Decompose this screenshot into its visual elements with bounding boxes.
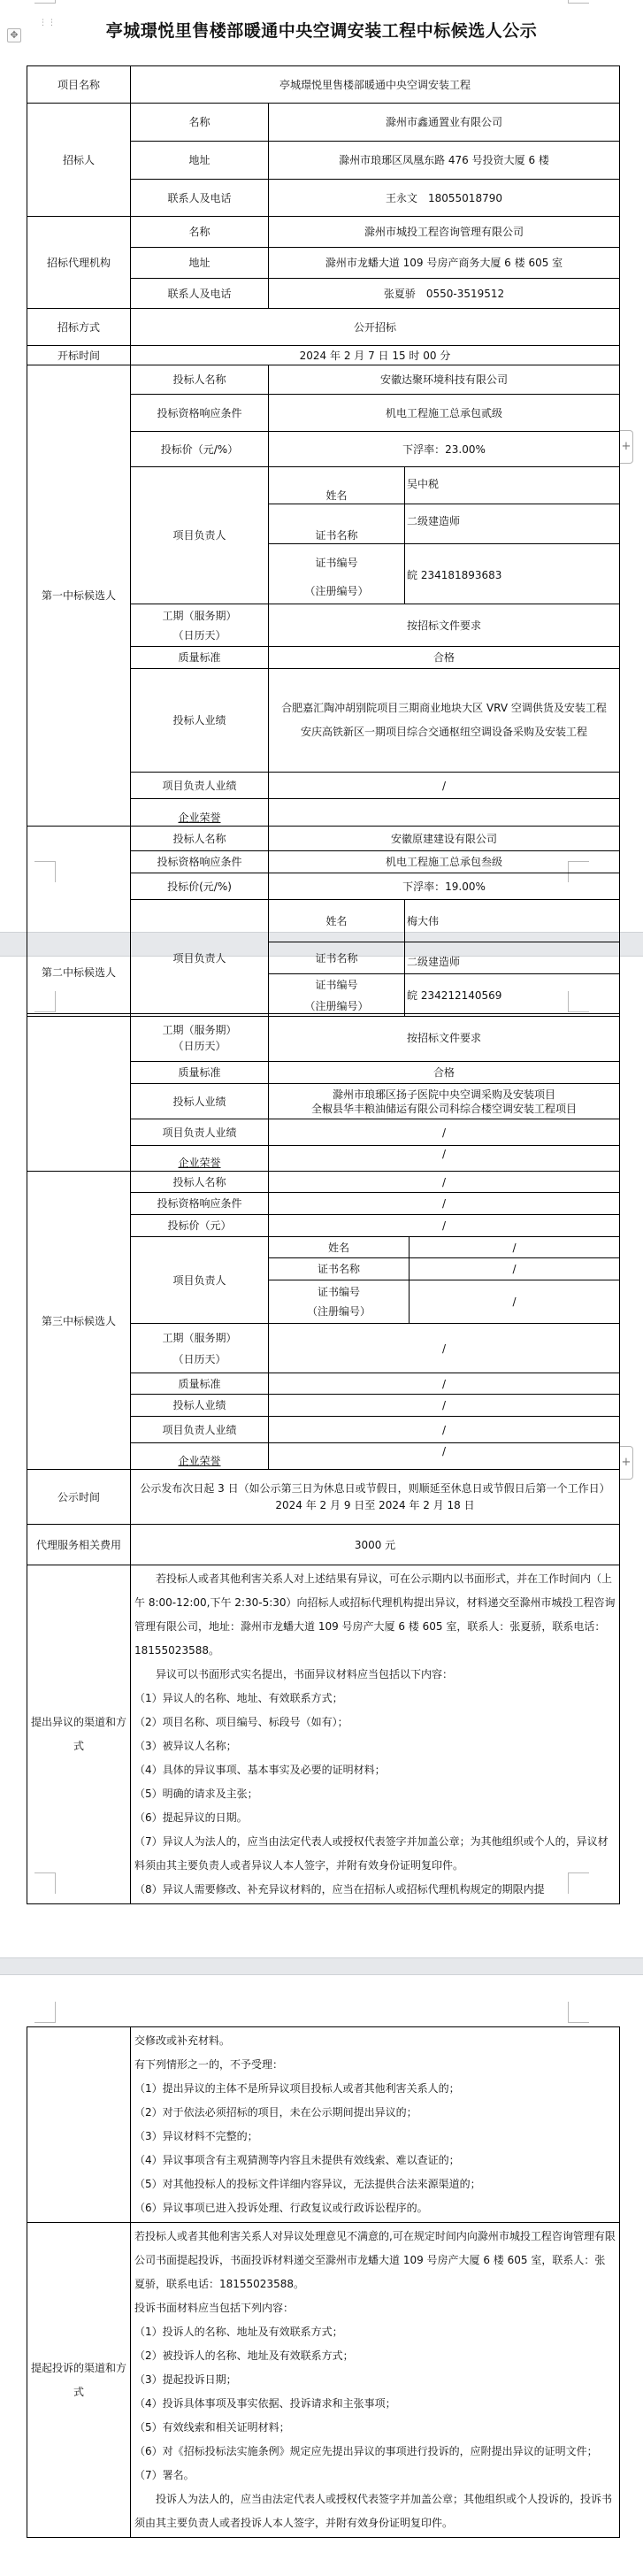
performance-item: 合肥嘉汇陶冲胡别院项目三期商业地块大区 VRV 空调供货及安装工程 bbox=[271, 696, 617, 720]
candidate-1-quality: 合格 bbox=[269, 647, 620, 669]
publicity-period-rule: 公示发布次日起 3 日（如公示第三日为休息日或节假日，则顺延至休息日或节假日后第… bbox=[133, 1480, 617, 1497]
candidate-3-quality: / bbox=[269, 1373, 620, 1395]
period-label-line2: （日历天） bbox=[133, 1346, 266, 1367]
agency-label: 招标代理机构 bbox=[27, 217, 131, 309]
person-name-label: 姓名 bbox=[269, 900, 405, 942]
candidate-2-performance: 滁州市琅琊区扬子医院中央空调采购及安装项目 全椒县华丰粮油储运有限公司科综合楼空… bbox=[269, 1084, 620, 1119]
cert-name-label: 证书名称 bbox=[269, 1258, 410, 1280]
publicity-label: 公示时间 bbox=[27, 1470, 131, 1525]
complaint-item: （2）被投诉人的名称、地址及有效联系方式； bbox=[134, 2344, 616, 2368]
period-label-line1: 工期（服务期） bbox=[133, 1330, 266, 1346]
agency-contact: 张夏骄 0550-3519512 bbox=[269, 279, 620, 309]
period-label-line1: 工期（服务期） bbox=[133, 1022, 266, 1038]
honor-label-text: 企业荣誉 bbox=[178, 1157, 220, 1169]
candidate-3-qualification: / bbox=[269, 1193, 620, 1215]
manager-performance-label: 项目负责人业绩 bbox=[131, 773, 269, 799]
complaint-item: （6）对《招标投标法实施条例》规定应先提出异议的事项进行投诉的，应附提出异议的证… bbox=[134, 2440, 616, 2464]
manager-label: 项目负责人 bbox=[131, 900, 269, 1017]
tenderer-contact: 王永文 18055018790 bbox=[269, 180, 620, 217]
cert-no-label-line1: 证书编号 bbox=[271, 977, 402, 993]
candidate-1-cert-name: 二级建造师 bbox=[405, 504, 620, 544]
period-label-line2: （日历天） bbox=[133, 1038, 266, 1054]
cert-no-label-line2: （注册编号） bbox=[271, 571, 402, 599]
tenderer-name-label: 名称 bbox=[131, 104, 269, 142]
cert-no-label: 证书编号（注册编号） bbox=[269, 974, 405, 1017]
candidate-2-bidder-name: 安徽原建建设有限公司 bbox=[269, 827, 620, 851]
bidder-name-label: 投标人名称 bbox=[131, 827, 269, 851]
candidate-1-honor bbox=[269, 799, 620, 827]
page-title: 亭城璟悦里售楼部暖通中央空调安装工程中标候选人公示 bbox=[0, 18, 643, 42]
objection-item: （2）项目名称、项目编号、标段号（如有）； bbox=[134, 1711, 616, 1734]
period-label-line2: （日历天） bbox=[133, 624, 266, 643]
cert-no-label-line1: 证书编号 bbox=[271, 550, 402, 571]
opening-time-label: 开标时间 bbox=[27, 346, 131, 365]
candidate-3-manager-name: / bbox=[410, 1237, 620, 1258]
price-label: 投标价（元/%） bbox=[131, 432, 269, 467]
agency-name: 滁州市城投工程咨询管理有限公司 bbox=[269, 217, 620, 248]
candidate-3-manager-performance: / bbox=[269, 1417, 620, 1443]
fee-label: 代理服务相关费用 bbox=[27, 1525, 131, 1565]
objection-reject-item: （2）对于依法必须招标的项目，未在公示期间提出异议的； bbox=[134, 2101, 616, 2125]
honor-label: 企业荣誉 bbox=[131, 1146, 269, 1172]
complaint-item: （7）署名。 bbox=[134, 2464, 616, 2488]
cert-no-label-line1: 证书编号 bbox=[271, 1284, 407, 1300]
objection-item: （4）具体的异议事项、基本事实及必要的证明材料； bbox=[134, 1758, 616, 1782]
honor-label-text: 企业荣誉 bbox=[178, 1455, 220, 1467]
candidate-2-manager-performance: / bbox=[269, 1119, 620, 1146]
complaint-item: （3）提起投诉日期； bbox=[134, 2368, 616, 2392]
candidate-1-manager-name: 吴中税 bbox=[405, 467, 620, 504]
honor-label: 企业荣誉 bbox=[131, 1443, 269, 1470]
candidate-2-label: 第二中标候选人 bbox=[27, 827, 131, 1017]
agency-address: 滁州市龙蟠大道 109 号房产商务大厦 6 楼 605 室 bbox=[269, 248, 620, 279]
candidate-3-performance: / bbox=[269, 1395, 620, 1417]
objection-content-continued: 交修改或补充材料。 有下列情形之一的，不予受理： （1）提出异议的主体不是所异议… bbox=[131, 2027, 620, 2223]
period-label: 工期（服务期）（日历天） bbox=[131, 604, 269, 647]
announcement-table-page-1: 项目名称 亭城璟悦里售楼部暖通中央空调安装工程 招标人 名称 滁州市鑫通置业有限… bbox=[27, 65, 620, 1017]
quality-label: 质量标准 bbox=[131, 647, 269, 669]
objection-continued-text: 交修改或补充材料。 bbox=[134, 2029, 616, 2053]
quality-label: 质量标准 bbox=[131, 1062, 269, 1084]
person-name-label: 姓名 bbox=[269, 1237, 410, 1258]
objection-reject-item: （3）异议材料不完整的； bbox=[134, 2125, 616, 2149]
objection-content-intro: 异议可以书面形式实名提出，书面异议材料应当包括以下内容： bbox=[134, 1663, 616, 1687]
objection-item: （8）异议人需要修改、补充异议材料的，应当在招标人或招标代理机构规定的期限内提 bbox=[134, 1878, 616, 1902]
candidate-2-manager-name: 梅大伟 bbox=[405, 900, 620, 942]
candidate-3-label: 第三中标候选人 bbox=[27, 1172, 131, 1470]
performance-item: 安庆高铁新区一期项目综合交通枢纽空调设备采购及安装工程 bbox=[271, 720, 617, 744]
objection-reject-item: （4）异议事项含有主观猜测等内容且未提供有效线索、难以查证的； bbox=[134, 2149, 616, 2172]
candidate-1-period: 按招标文件要求 bbox=[269, 604, 620, 647]
candidate-1-qualification: 机电工程施工总承包贰级 bbox=[269, 395, 620, 432]
page-corner-mark bbox=[34, 0, 56, 4]
performance-item: 滁州市琅琊区扬子医院中央空调采购及安装项目 bbox=[271, 1088, 617, 1102]
candidate-1-price: 下浮率：23.00% bbox=[269, 432, 620, 467]
objection-content: 若投标人或者其他利害关系人对上述结果有异议，可在公示期内以书面形式，并在工作时间… bbox=[131, 1565, 620, 1904]
project-name-value: 亭城璟悦里售楼部暖通中央空调安装工程 bbox=[131, 66, 620, 104]
quality-label: 质量标准 bbox=[131, 1373, 269, 1395]
objection-intro: 若投标人或者其他利害关系人对上述结果有异议，可在公示期内以书面形式，并在工作时间… bbox=[134, 1567, 616, 1663]
performance-label: 投标人业绩 bbox=[131, 669, 269, 773]
agency-address-label: 地址 bbox=[131, 248, 269, 279]
performance-item: 全椒县华丰粮油储运有限公司科综合楼空调安装工程项目 bbox=[271, 1102, 617, 1116]
add-row-button[interactable]: + bbox=[620, 1446, 633, 1480]
objection-item: （1）异议人的名称、地址、有效联系方式； bbox=[134, 1687, 616, 1711]
objection-item: （5）明确的请求及主张； bbox=[134, 1782, 616, 1806]
candidate-3-price: / bbox=[269, 1215, 620, 1237]
publicity-dates: 2024 年 2 月 9 日至 2024 年 2 月 18 日 bbox=[133, 1497, 617, 1514]
complaint-closing: 投诉人为法人的，应当由法定代表人或授权代表签字并加盖公章；其他组织或个人投诉的，… bbox=[134, 2488, 616, 2535]
page-gap-2 bbox=[0, 1957, 643, 1975]
candidate-1-cert-no: 皖 234181893683 bbox=[405, 544, 620, 604]
candidate-3-period: / bbox=[269, 1324, 620, 1373]
candidate-1-performance: 合肥嘉汇陶冲胡别院项目三期商业地块大区 VRV 空调供货及安装工程 安庆高铁新区… bbox=[269, 669, 620, 773]
tenderer-address-label: 地址 bbox=[131, 142, 269, 180]
honor-label-text: 企业荣誉 bbox=[178, 811, 220, 824]
person-name-label: 姓名 bbox=[269, 467, 405, 504]
qualification-label: 投标资格响应条件 bbox=[131, 851, 269, 873]
method-value: 公开招标 bbox=[131, 309, 620, 346]
honor-label: 企业荣誉 bbox=[131, 799, 269, 827]
period-label: 工期（服务期）（日历天） bbox=[131, 1324, 269, 1373]
announcement-table-page-2: 工期（服务期）（日历天） 按招标文件要求 质量标准 合格 投标人业绩 滁州市琅琊… bbox=[27, 1013, 620, 1904]
complaint-item: （1）投诉人的名称、地址及有效联系方式； bbox=[134, 2320, 616, 2344]
page-corner-mark bbox=[568, 0, 589, 4]
cert-name-label: 证书名称 bbox=[269, 942, 405, 974]
cert-no-label: 证书编号（注册编号） bbox=[269, 1280, 410, 1324]
candidate-1-bidder-name: 安徽达聚环境科技有限公司 bbox=[269, 365, 620, 395]
candidate-1-label: 第一中标候选人 bbox=[27, 365, 131, 827]
objection-reject-item: （5）对其他投标人的投标文件详细内容异议，无法提供合法来源渠道的； bbox=[134, 2172, 616, 2196]
candidate-2-cert-name: 二级建造师 bbox=[405, 942, 620, 974]
manager-performance-label: 项目负责人业绩 bbox=[131, 1119, 269, 1146]
agency-contact-label: 联系人及电话 bbox=[131, 279, 269, 309]
performance-label: 投标人业绩 bbox=[131, 1395, 269, 1417]
complaint-content-intro: 投诉书面材料应当包括下列内容： bbox=[134, 2296, 616, 2320]
manager-label: 项目负责人 bbox=[131, 1237, 269, 1324]
complaint-item: （5）有效线索和相关证明材料； bbox=[134, 2416, 616, 2440]
candidate-3-bidder-name: / bbox=[269, 1172, 620, 1193]
price-label: 投标价(元/%) bbox=[131, 873, 269, 900]
project-name-label: 项目名称 bbox=[27, 66, 131, 104]
qualification-label: 投标资格响应条件 bbox=[131, 1193, 269, 1215]
candidate-2-quality: 合格 bbox=[269, 1062, 620, 1084]
announcement-table-page-3: 交修改或补充材料。 有下列情形之一的，不予受理： （1）提出异议的主体不是所异议… bbox=[27, 2026, 620, 2538]
objection-reject-item: （1）提出异议的主体不是所异议项目投标人或者其他利害关系人的； bbox=[134, 2077, 616, 2101]
agency-name-label: 名称 bbox=[131, 217, 269, 248]
bidder-name-label: 投标人名称 bbox=[131, 1172, 269, 1193]
complaint-item: （4）投诉具体事项及事实依据、投诉请求和主张事项； bbox=[134, 2392, 616, 2416]
candidate-2-cert-no: 皖 234212140569 bbox=[405, 974, 620, 1017]
period-label: 工期（服务期）（日历天） bbox=[131, 1014, 269, 1062]
manager-label: 项目负责人 bbox=[131, 467, 269, 604]
complaint-content: 若投标人或者其他利害关系人对异议处理意见不满意的,可在规定时间内向滁州市城投工程… bbox=[131, 2223, 620, 2538]
page-corner-mark bbox=[34, 2002, 56, 2023]
manager-performance-label: 项目负责人业绩 bbox=[131, 1417, 269, 1443]
tenderer-address: 滁州市琅琊区凤凰东路 476 号投资大厦 6 楼 bbox=[269, 142, 620, 180]
cert-no-label-line2: （注册编号） bbox=[271, 1300, 407, 1319]
bidder-name-label: 投标人名称 bbox=[131, 365, 269, 395]
publicity-value: 公示发布次日起 3 日（如公示第三日为休息日或节假日，则顺延至休息日或节假日后第… bbox=[131, 1470, 620, 1525]
page-corner-mark bbox=[568, 2002, 589, 2023]
objection-label: 提出异议的渠道和方式 bbox=[27, 1565, 131, 1904]
objection-reject-intro: 有下列情形之一的，不予受理： bbox=[134, 2053, 616, 2077]
candidate-2-qualification: 机电工程施工总承包叁级 bbox=[269, 851, 620, 873]
cert-no-label: 证书编号（注册编号） bbox=[269, 544, 405, 604]
candidate-1-manager-performance: / bbox=[269, 773, 620, 799]
opening-time-value: 2024 年 2 月 7 日 15 时 00 分 bbox=[131, 346, 620, 365]
fee-value: 3000 元 bbox=[131, 1525, 620, 1565]
objection-reject-item: （6）异议事项已进入投诉处理、行政复议或行政诉讼程序的。 bbox=[134, 2196, 616, 2220]
complaint-label: 提起投诉的渠道和方式 bbox=[27, 2223, 131, 2538]
candidate-2-period: 按招标文件要求 bbox=[269, 1014, 620, 1062]
candidate-3-cert-name: / bbox=[410, 1258, 620, 1280]
objection-continued bbox=[27, 2027, 131, 2223]
candidate-2-honor: / bbox=[269, 1146, 620, 1172]
candidate-2-price: 下浮率：19.00% bbox=[269, 873, 620, 900]
objection-item: （7）异议人为法人的，应当由法定代表人或授权代表签字并加盖公章；为其他组织或个人… bbox=[134, 1830, 616, 1878]
complaint-intro: 若投标人或者其他利害关系人对异议处理意见不满意的,可在规定时间内向滁州市城投工程… bbox=[134, 2225, 616, 2296]
cert-no-label-line2: （注册编号） bbox=[271, 993, 402, 1014]
period-label-line1: 工期（服务期） bbox=[133, 608, 266, 624]
tenderer-contact-label: 联系人及电话 bbox=[131, 180, 269, 217]
candidate-2-continued bbox=[27, 1014, 131, 1172]
candidate-3-cert-no: / bbox=[410, 1280, 620, 1324]
method-label: 招标方式 bbox=[27, 309, 131, 346]
qualification-label: 投标资格响应条件 bbox=[131, 395, 269, 432]
objection-item: （3）被异议人名称； bbox=[134, 1734, 616, 1758]
price-label: 投标价（元） bbox=[131, 1215, 269, 1237]
tenderer-name: 滁州市鑫通置业有限公司 bbox=[269, 104, 620, 142]
cert-name-label: 证书名称 bbox=[269, 504, 405, 544]
add-row-button[interactable]: + bbox=[620, 430, 633, 464]
tenderer-label: 招标人 bbox=[27, 104, 131, 217]
performance-label: 投标人业绩 bbox=[131, 1084, 269, 1119]
objection-item: （6）提起异议的日期。 bbox=[134, 1806, 616, 1830]
candidate-3-honor: / bbox=[269, 1443, 620, 1470]
